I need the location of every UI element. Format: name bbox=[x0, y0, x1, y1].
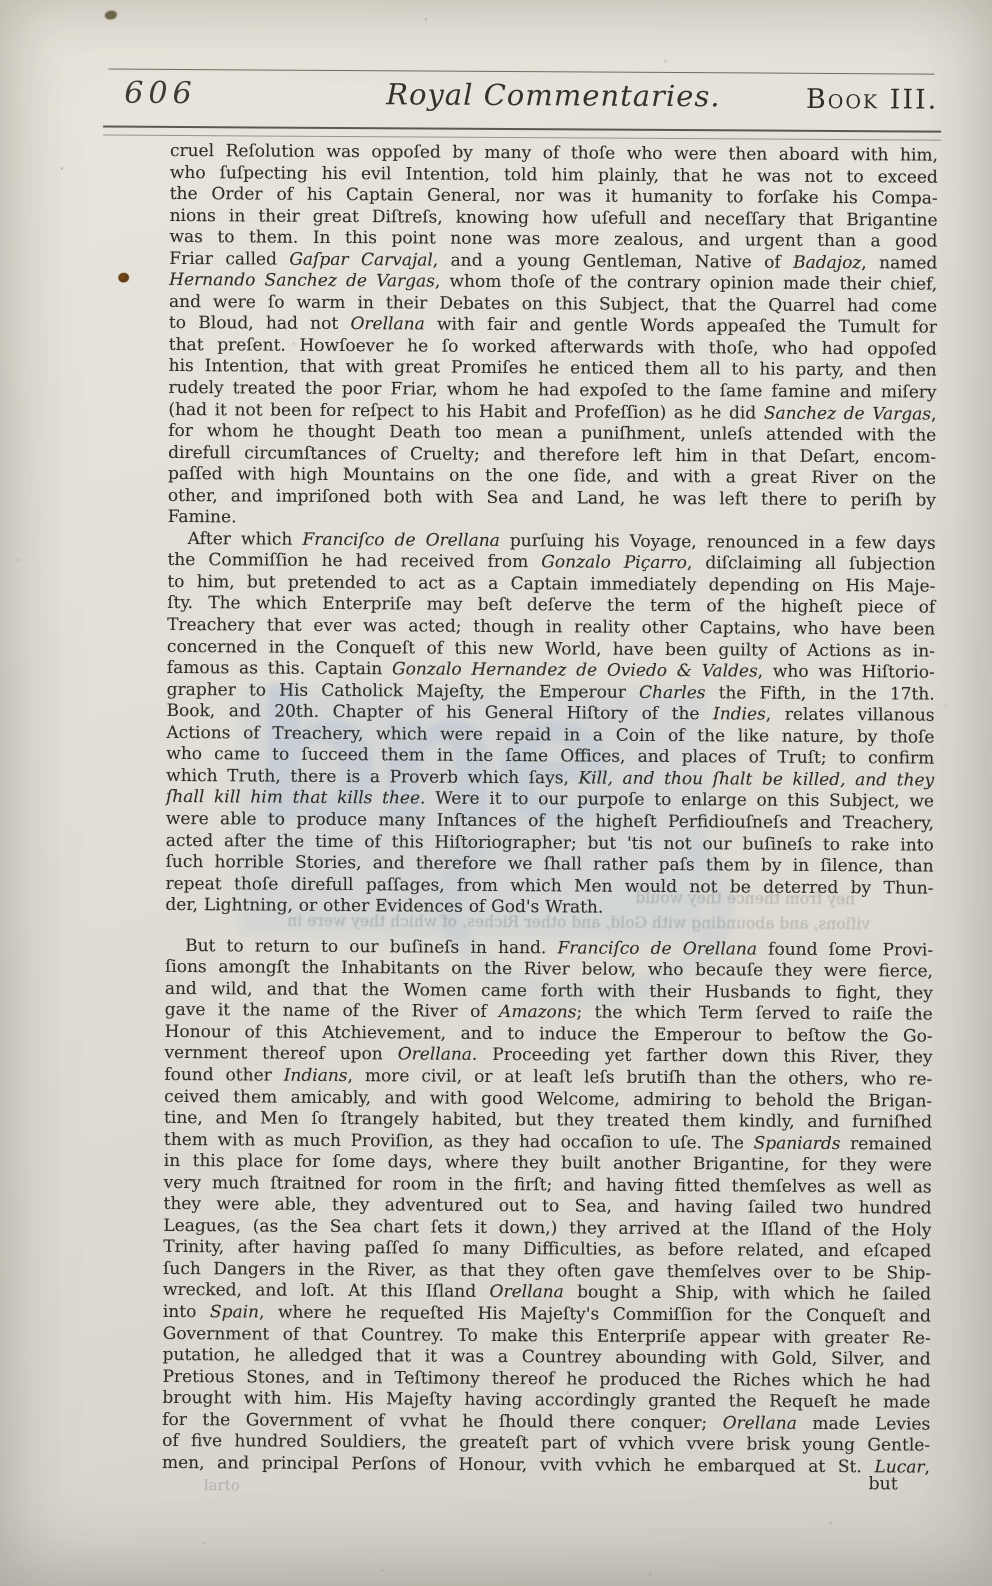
ghost-bottom-mark: larto bbox=[204, 1476, 240, 1494]
header-rule-thick bbox=[103, 126, 941, 133]
catchword: but bbox=[868, 1474, 898, 1494]
paper-specks bbox=[1, 0, 3, 1]
book-page-scan: bne 606 Royal Commentaries. Book III. cr… bbox=[0, 0, 992, 1586]
header-rule-top bbox=[108, 69, 934, 75]
ghost-show-through-line: viſions, and abounding with Gold, and ot… bbox=[287, 912, 870, 934]
paragraph: cruel Reſolution was oppoſed by many of … bbox=[168, 141, 938, 534]
running-title: Royal Commentaries. bbox=[386, 77, 720, 113]
paragraph: After which Franciſco de Orellana purſui… bbox=[165, 529, 935, 922]
page-content: bne 606 Royal Commentaries. Book III. cr… bbox=[0, 0, 992, 1586]
ink-blot bbox=[118, 273, 129, 283]
paragraph: But to return to our buſineſs in hand. F… bbox=[162, 936, 933, 1479]
header-rule-thin bbox=[103, 135, 941, 141]
page-number: 606 bbox=[124, 76, 196, 111]
book-label: Book III. bbox=[806, 84, 939, 116]
ghost-show-through-line: ney from thence they would bbox=[635, 889, 855, 908]
text-block: cruel Reſolution was oppoſed by many of … bbox=[162, 141, 938, 1479]
text-line: men, and principal Perſons of Honour, vv… bbox=[162, 1453, 930, 1479]
ink-blot bbox=[105, 11, 117, 20]
